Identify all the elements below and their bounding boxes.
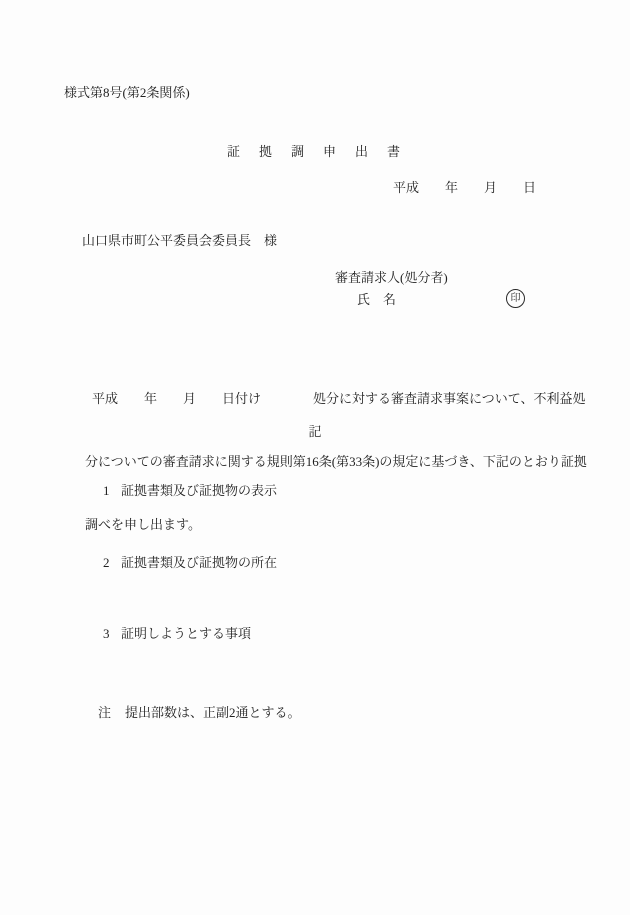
list-item-2: 2証拠書類及び証拠物の所在 [90, 536, 277, 587]
note-prefix: 注 [98, 702, 125, 721]
header-date-line: 平成 年 月 日 [393, 177, 536, 196]
claimant-name-label: 氏 名 [357, 289, 396, 308]
list-item-label: 証拠書類及び証拠物の所在 [121, 555, 277, 570]
document-title: 証 拠 調 申 出 書 [0, 141, 630, 160]
list-item-label: 証拠書類及び証拠物の表示 [121, 483, 277, 498]
list-item-1: 1証拠書類及び証拠物の表示 [90, 464, 277, 515]
list-item-number: 1 [103, 483, 121, 499]
seal-icon: 印 [506, 289, 525, 308]
list-item-label: 証明しようとする事項 [121, 626, 251, 641]
list-item-number: 2 [103, 555, 121, 571]
note-text: 提出部数は、正副2通とする。 [125, 705, 301, 720]
document-page: 様式第8号(第2条関係) 証 拠 調 申 出 書 平成 年 月 日 山口県市町公… [0, 0, 630, 915]
list-item-3: 3証明しようとする事項 [90, 607, 251, 658]
record-heading: 記 [0, 421, 630, 440]
claimant-label: 審査請求人(処分者) [335, 267, 448, 286]
list-item-number: 3 [103, 626, 121, 642]
form-number: 様式第8号(第2条関係) [64, 82, 190, 101]
body-paragraph-line: 平成 年 月 日付け 処分に対する審査請求事案について、不利益処 [85, 388, 570, 409]
note-line: 注提出部数は、正副2通とする。 [85, 686, 301, 737]
body-paragraph-line: 調べを申し出ます。 [85, 514, 570, 535]
addressee-line: 山口県市町公平委員会委員長 様 [82, 230, 277, 249]
